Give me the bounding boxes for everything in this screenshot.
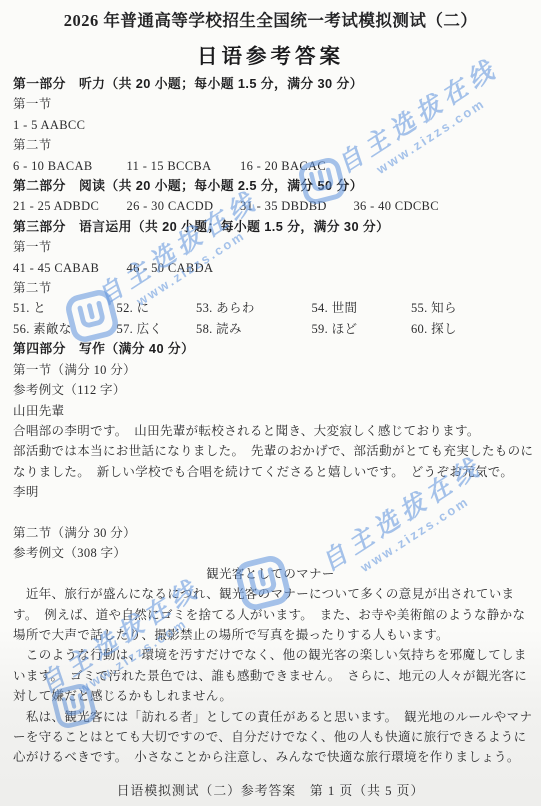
part3-words-row1: 51. と 52. に 53. あらわ 54. 世間 55. 知ら <box>13 298 528 318</box>
word-answer: 52. に <box>116 298 192 318</box>
word-answer: 58. 読み <box>196 319 308 339</box>
answer-group: 31 - 35 DBDBD <box>240 196 336 216</box>
essay1-line: なりました。 新しい学校でも合唱を続けてくださると嬉しいです。 どうぞお元気で。 <box>13 462 528 482</box>
part3-words-row2: 56. 素敵な 57. 広く 58. 読み 59. ほど 60. 探し <box>13 319 528 339</box>
document-page: 2026 年普通高等学校招生全国统一考试模拟测试（二） 日语参考答案 第一部分 … <box>0 0 541 806</box>
part4-section2-label: 第二节（满分 30 分） <box>13 523 528 543</box>
page-title: 2026 年普通高等学校招生全国统一考试模拟测试（二） <box>13 8 528 34</box>
part4-section1-label: 第一节（满分 10 分） <box>13 360 528 380</box>
part1-section1-label: 第一节 <box>13 94 528 114</box>
answer-group: 41 - 45 CABAB <box>13 258 109 278</box>
word-answer: 57. 広く <box>116 319 192 339</box>
essay2-line: ーを守ることはとても大切ですので、自分だけでなく、他の人も快適に旅行できるように <box>13 727 528 747</box>
part2-answers: 21 - 25 ADBDC 26 - 30 CACDD 31 - 35 DBDB… <box>13 196 528 216</box>
part2-heading: 第二部分 阅读（共 20 小题；每小题 2.5 分，满分 50 分） <box>13 176 528 196</box>
essay2-line: このような行動は、環境を汚すだけでなく、他の観光客の楽しい気持ちを邪魔してしま <box>13 645 528 665</box>
part1-section2-answers: 6 - 10 BACAB 11 - 15 BCCBA 16 - 20 BACAC <box>13 156 528 176</box>
part1-section2-label: 第二节 <box>13 135 528 155</box>
part1-section1-answers: 1 - 5 AABCC <box>13 115 528 135</box>
essay2-title: 観光客としてのマナー <box>13 564 528 584</box>
spacer <box>13 503 528 523</box>
word-answer: 60. 探し <box>411 319 457 339</box>
part4-section1-ref-label: 参考例文（112 字） <box>13 380 528 400</box>
essay2-line: す。 例えば、道や自然にゴミを捨てる人がいます。 また、お寺や美術館のような静か… <box>13 605 528 625</box>
essay1-recipient: 山田先輩 <box>13 401 528 421</box>
part1-heading: 第一部分 听力（共 20 小题；每小题 1.5 分，满分 30 分） <box>13 74 528 94</box>
part3-section1-answers: 41 - 45 CABAB 46 - 50 CABDA <box>13 258 528 278</box>
document-body: 第一部分 听力（共 20 小题；每小题 1.5 分，满分 30 分） 第一节 1… <box>13 74 528 799</box>
answer-group: 21 - 25 ADBDC <box>13 196 109 216</box>
essay2-line: 対して嫌だと感じるかもしれません。 <box>13 686 528 706</box>
part3-heading: 第三部分 语言运用（共 20 小题；每小题 1.5 分，满分 30 分） <box>13 217 528 237</box>
word-answer: 56. 素敵な <box>13 319 113 339</box>
essay2-line: 私は、観光客には「訪れる者」としての責任があると思います。 観光地のルールやマナ <box>13 707 528 727</box>
word-answer: 51. と <box>13 298 113 318</box>
page-subtitle: 日语参考答案 <box>13 42 528 72</box>
word-answer: 53. あらわ <box>196 298 308 318</box>
essay1-line: 部活動では本当にお世話になりました。 先輩のおかげで、部活動がとても充実したもの… <box>13 441 528 461</box>
essay1-signature: 李明 <box>13 482 528 502</box>
answer-group: 6 - 10 BACAB <box>13 156 109 176</box>
essay2-line: 場所で大声で話したり、撮影禁止の場所で写真を撮ったりする人もいます。 <box>13 625 528 645</box>
part3-section1-label: 第一节 <box>13 237 528 257</box>
answer-group: 16 - 20 BACAC <box>240 156 336 176</box>
essay2-line: います。 ゴミで汚れた景色では、誰も感動できません。 さらに、地元の人々が観光客… <box>13 666 528 686</box>
answer-group: 36 - 40 CDCBC <box>353 196 449 216</box>
word-answer: 59. ほど <box>311 319 407 339</box>
part4-section2-ref-label: 参考例文（308 字） <box>13 543 528 563</box>
answer-group: 11 - 15 BCCBA <box>126 156 222 176</box>
word-answer: 55. 知ら <box>411 298 457 318</box>
part3-section2-label: 第二节 <box>13 278 528 298</box>
essay1-line: 合唱部の李明です。 山田先輩が転校されると聞き、大変寂しく感じております。 <box>13 421 528 441</box>
part4-heading: 第四部分 写作（满分 40 分） <box>13 339 528 359</box>
answer-group: 26 - 30 CACDD <box>126 196 222 216</box>
page-footer: 日语模拟测试（二）参考答案 第 1 页（共 5 页） <box>13 780 528 799</box>
essay2-line: 近年、旅行が盛んになるにつれ、観光客のマナーについて多くの意見が出されていま <box>13 584 528 604</box>
answer-group: 46 - 50 CABDA <box>126 258 222 278</box>
word-answer: 54. 世間 <box>311 298 407 318</box>
essay2-line: 心がけるべきです。 小さなことから注意し、みんなで快適な旅行環境を作りましょう。 <box>13 747 528 767</box>
